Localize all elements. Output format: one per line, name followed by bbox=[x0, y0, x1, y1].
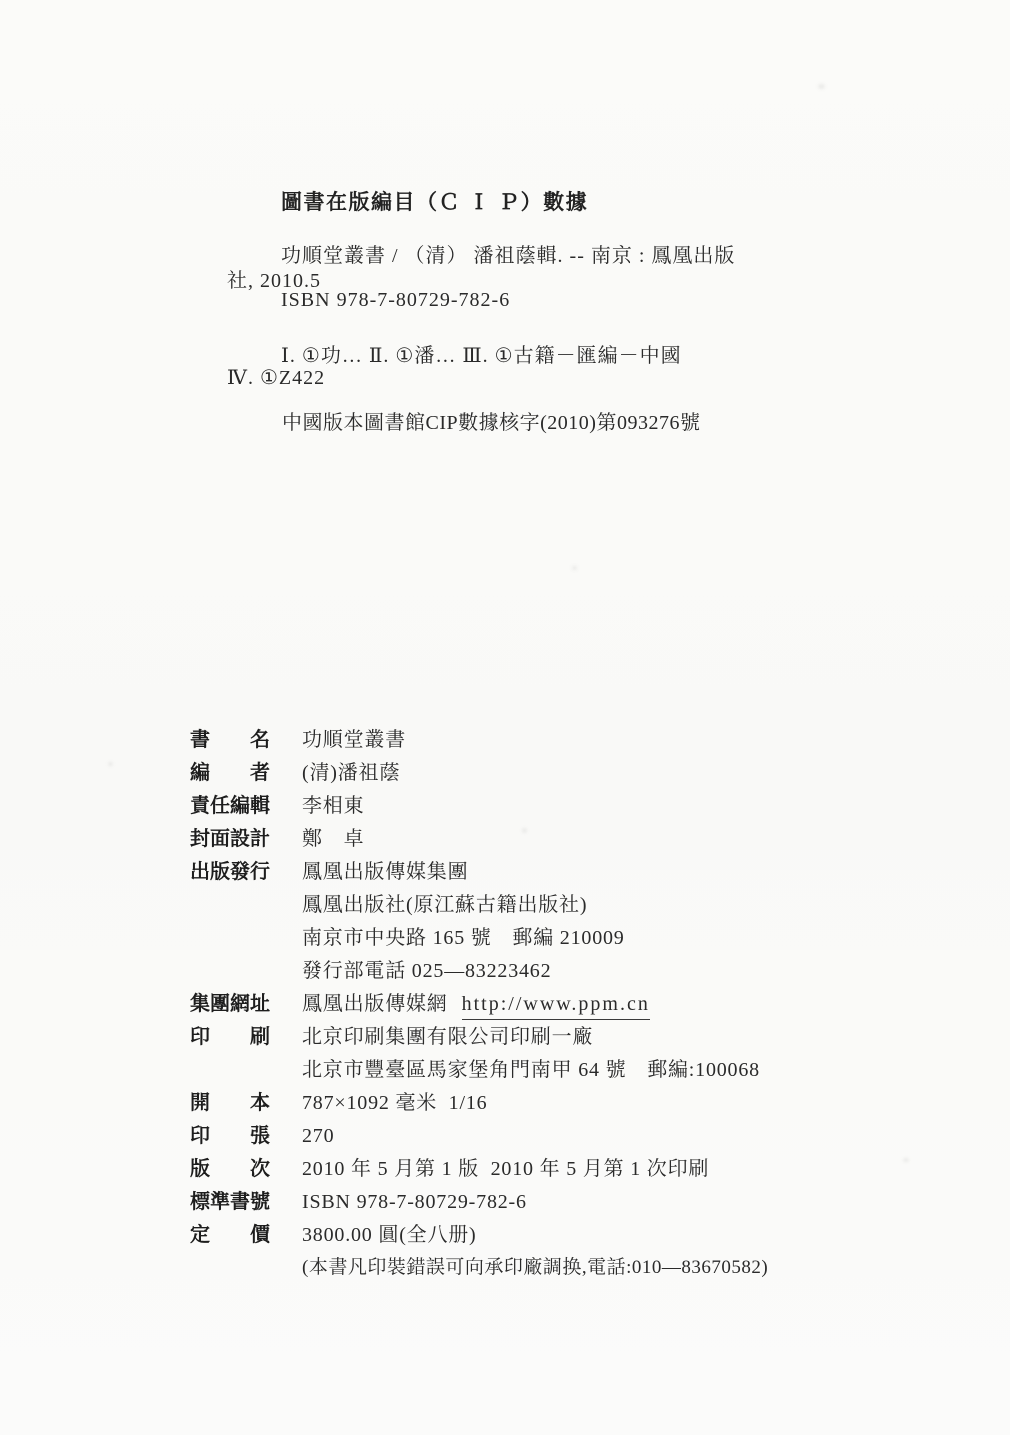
colophon-row-value: 787×1092 毫米 1/16 bbox=[302, 1089, 487, 1117]
colophon-row-sheets: 印 張 270 bbox=[190, 1122, 760, 1155]
colophon-row-edition: 版 次 2010 年 5 月第 1 版 2010 年 5 月第 1 次印刷 bbox=[190, 1155, 760, 1188]
colophon-row-value: 2010 年 5 月第 1 版 2010 年 5 月第 1 次印刷 bbox=[302, 1155, 709, 1183]
colophon-row-value: ISBN 978-7-80729-782-6 bbox=[302, 1188, 527, 1216]
colophon-row-responsible-editor: 責任編輯 李相東 bbox=[190, 792, 760, 825]
cip-record-number: 中國版本圖書館CIP數據核字(2010)第093276號 bbox=[282, 406, 700, 435]
cip-entry-line-1: 功順堂叢書 / （清） 潘祖蔭輯. -- 南京 : 鳳凰出版 bbox=[281, 239, 735, 268]
colophon-row-value: 鄭 卓 bbox=[302, 825, 364, 853]
cip-header: 圖書在版編目（Ｃ Ｉ Ｐ）數據 bbox=[281, 186, 588, 216]
colophon-row-value: 鳳凰出版社(原江蘇古籍出版社) bbox=[302, 891, 587, 919]
scanned-page: 圖書在版編目（Ｃ Ｉ Ｐ）數據 功順堂叢書 / （清） 潘祖蔭輯. -- 南京 … bbox=[0, 0, 1010, 1435]
scan-speck bbox=[903, 1158, 909, 1162]
colophon-row-publisher: 出版發行 鳳凰出版傳媒集團 bbox=[190, 858, 760, 891]
colophon-row-label: 封面設計 bbox=[190, 825, 286, 853]
colophon-row-label: 標準書號 bbox=[190, 1188, 286, 1216]
colophon-row-label: 責任編輯 bbox=[190, 792, 286, 820]
colophon-row-publisher-cont: 鳳凰出版社(原江蘇古籍出版社) bbox=[190, 891, 760, 924]
scan-speck bbox=[108, 762, 113, 766]
colophon-row-label: 印 刷 bbox=[190, 1023, 286, 1051]
publisher-url: http://www.ppm.cn bbox=[462, 990, 650, 1020]
colophon-row-book-title: 書 名 功順堂叢書 bbox=[190, 726, 760, 759]
colophon-row-editor: 編 者 (清)潘祖蔭 bbox=[190, 759, 760, 792]
colophon-row-label: 印 張 bbox=[190, 1122, 286, 1150]
colophon-table: 書 名 功順堂叢書 編 者 (清)潘祖蔭 責任編輯 李相東 封面設計 鄭 卓 出… bbox=[190, 726, 760, 1254]
colophon-row-format: 開 本 787×1092 毫米 1/16 bbox=[190, 1089, 760, 1122]
colophon-row-distribution-phone: 發行部電話 025—83223462 bbox=[190, 957, 760, 990]
colophon-row-value: 鳳凰出版傳媒網 bbox=[302, 990, 448, 1018]
colophon-row-value: 北京印刷集團有限公司印刷一廠 bbox=[302, 1023, 593, 1051]
scan-speck bbox=[522, 828, 527, 833]
colophon-row-label: 出版發行 bbox=[190, 858, 286, 886]
colophon-row-cover-design: 封面設計 鄭 卓 bbox=[190, 825, 760, 858]
colophon-row-label: 編 者 bbox=[190, 759, 286, 787]
cip-classification-line-2: Ⅳ. ①Z422 bbox=[227, 365, 325, 390]
colophon-row-printer-address: 北京市豐臺區馬家堡角門南甲 64 號 郵編:100068 bbox=[190, 1056, 760, 1089]
colophon-row-value: 李相東 bbox=[302, 792, 364, 820]
cip-classification-line-1: Ⅰ. ①功… Ⅱ. ①潘… Ⅲ. ①古籍－匯編－中國 bbox=[281, 339, 682, 368]
colophon-row-label: 集團網址 bbox=[190, 990, 286, 1018]
colophon-row-value: 南京市中央路 165 號 郵編 210009 bbox=[302, 924, 625, 952]
colophon-row-value: 鳳凰出版傳媒集團 bbox=[302, 858, 468, 886]
colophon-row-label: 開 本 bbox=[190, 1089, 286, 1117]
colophon-row-printer: 印 刷 北京印刷集團有限公司印刷一廠 bbox=[190, 1023, 760, 1056]
colophon-row-value: 270 bbox=[302, 1122, 334, 1150]
colophon-row-label: 定 價 bbox=[190, 1221, 286, 1249]
colophon-row-value: 功順堂叢書 bbox=[302, 726, 406, 754]
scan-speck bbox=[818, 84, 825, 89]
colophon-row-label: 版 次 bbox=[190, 1155, 286, 1183]
cip-isbn-line: ISBN 978-7-80729-782-6 bbox=[281, 289, 510, 312]
colophon-row-value: 3800.00 圓(全八册) bbox=[302, 1221, 477, 1249]
errata-note: (本書凡印裝錯誤可向承印廠調换,電話:010—83670582) bbox=[302, 1252, 768, 1279]
colophon-row-value: 發行部電話 025—83223462 bbox=[302, 957, 551, 985]
colophon-row-group-website: 集團網址 鳳凰出版傳媒網 http://www.ppm.cn bbox=[190, 990, 760, 1023]
colophon-row-publisher-address: 南京市中央路 165 號 郵編 210009 bbox=[190, 924, 760, 957]
colophon-row-isbn: 標準書號 ISBN 978-7-80729-782-6 bbox=[190, 1188, 760, 1221]
scan-speck bbox=[572, 566, 577, 570]
colophon-row-value: (清)潘祖蔭 bbox=[302, 759, 400, 787]
colophon-row-value: 北京市豐臺區馬家堡角門南甲 64 號 郵編:100068 bbox=[302, 1056, 760, 1084]
colophon-row-price: 定 價 3800.00 圓(全八册) bbox=[190, 1221, 760, 1254]
colophon-row-label: 書 名 bbox=[190, 726, 286, 754]
